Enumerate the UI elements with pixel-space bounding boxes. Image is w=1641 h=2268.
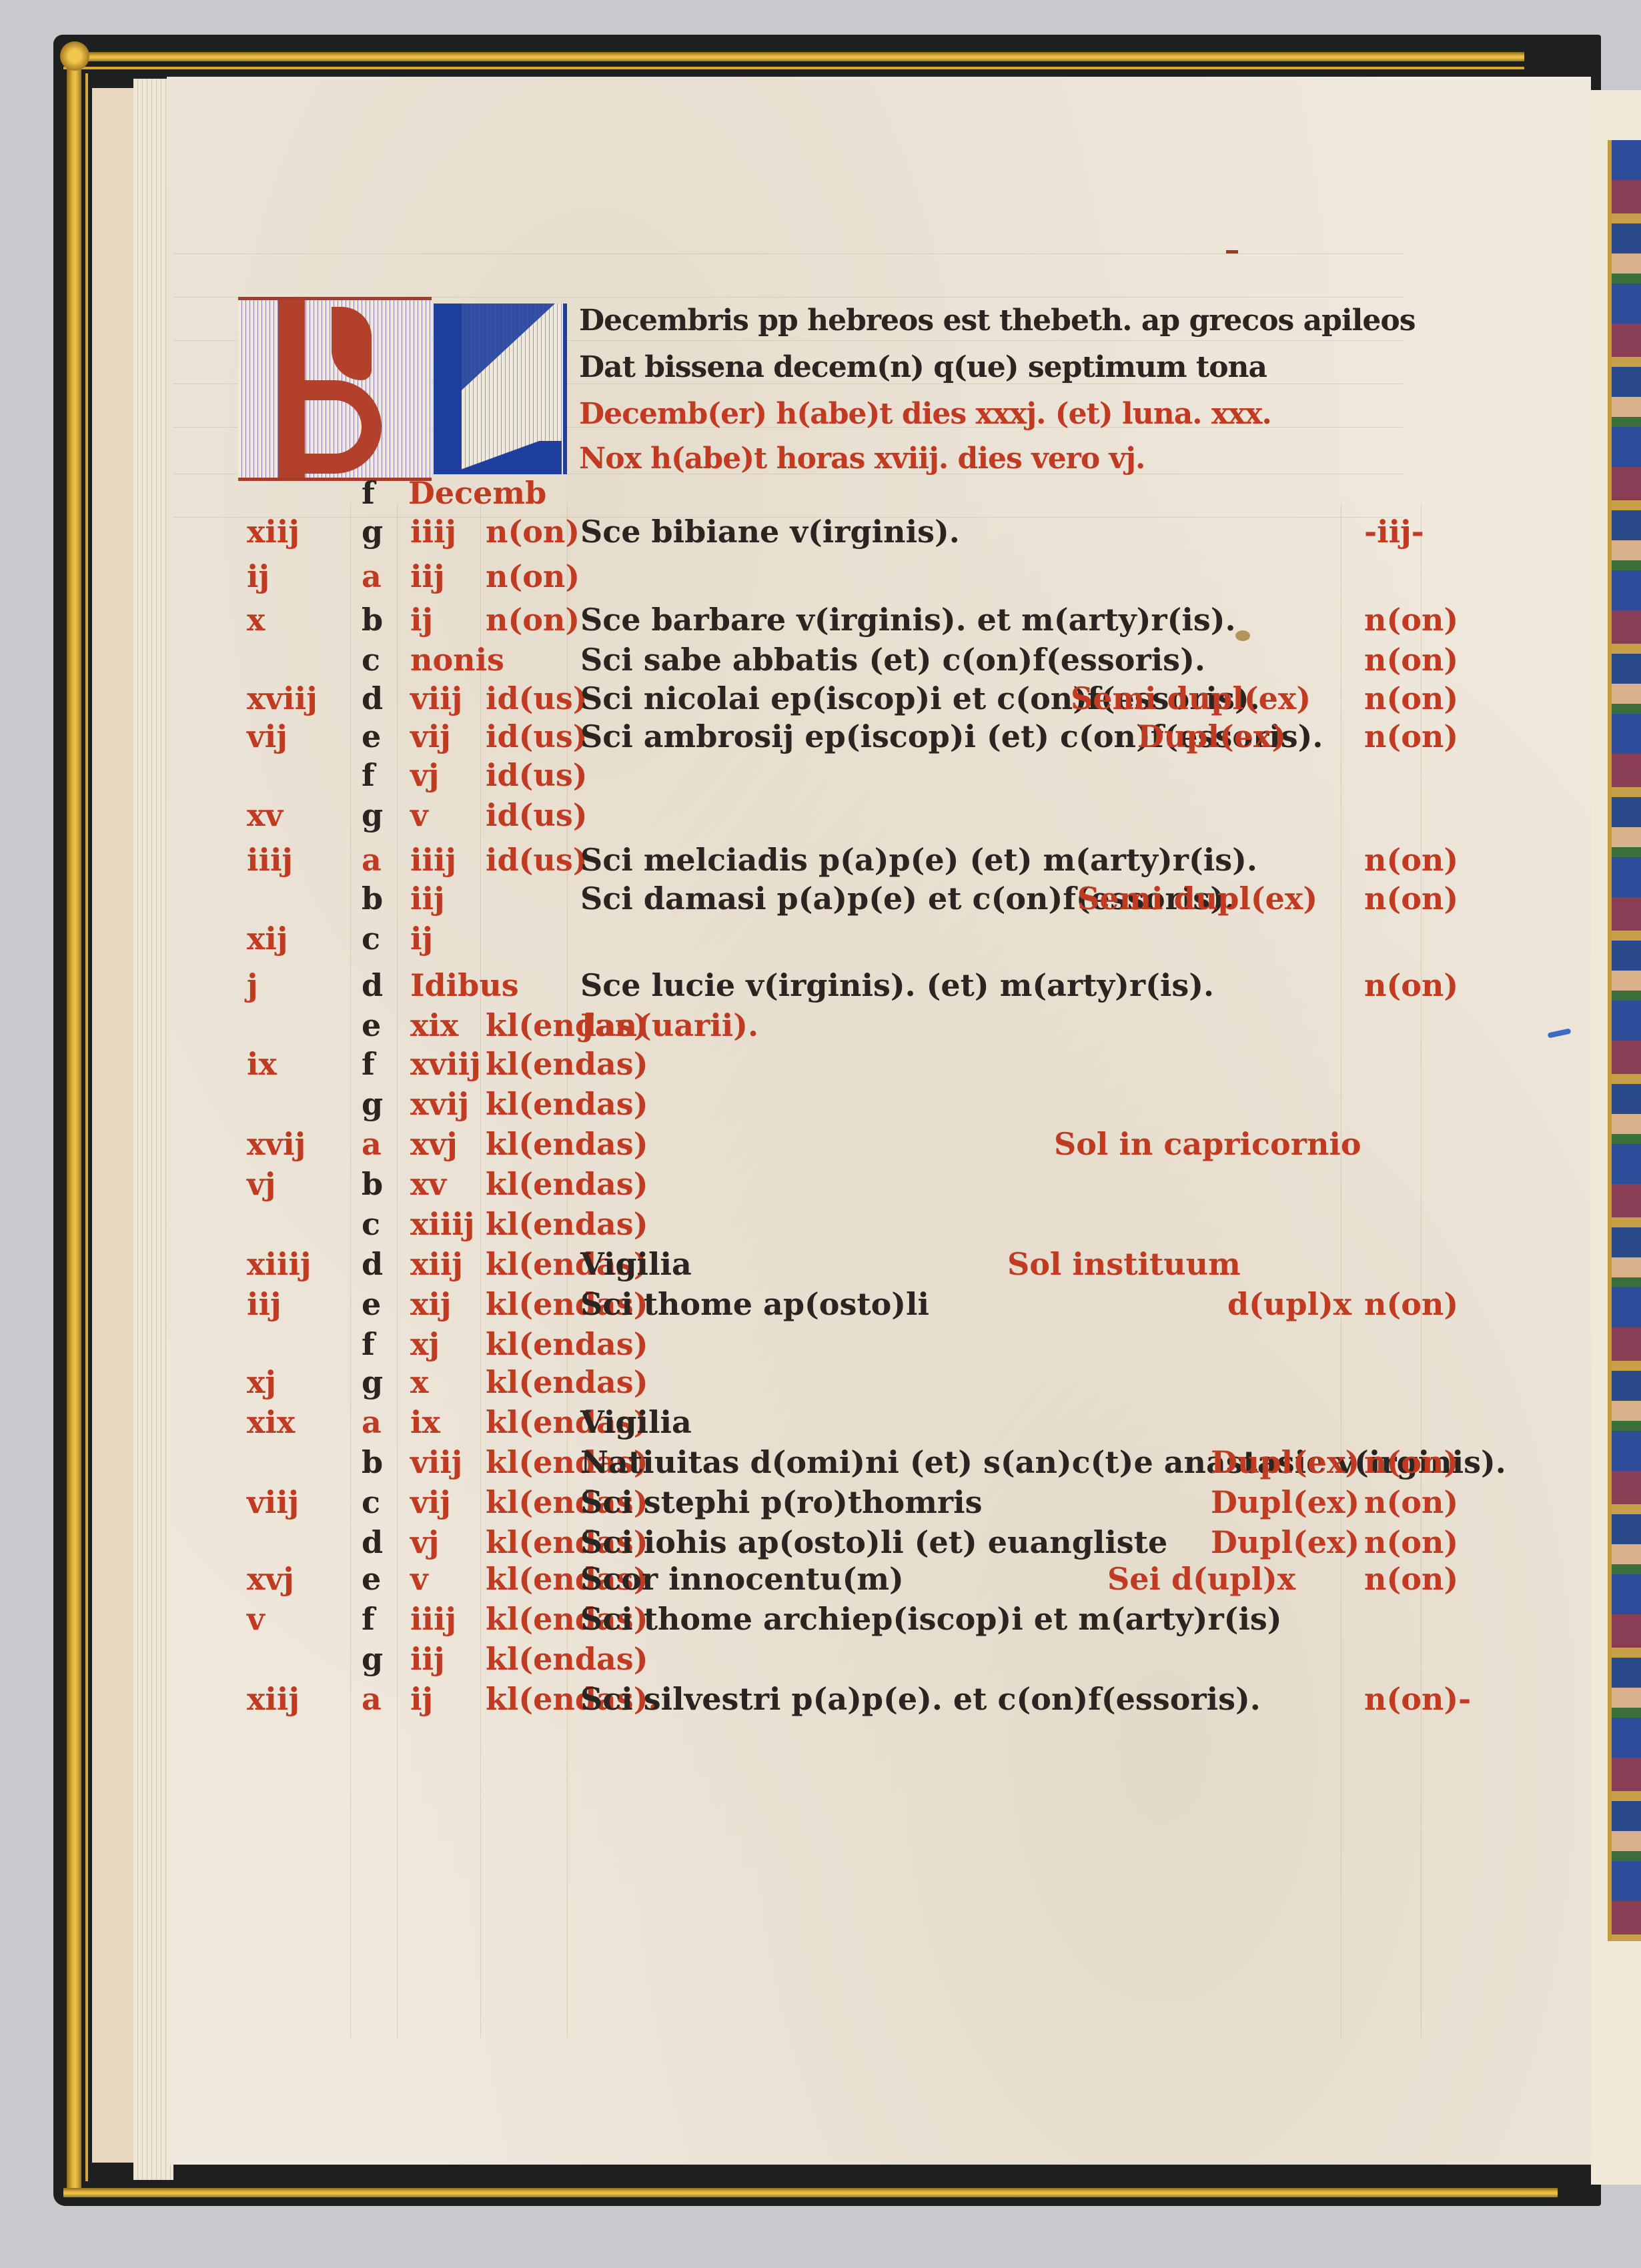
feast-rank: Sol in capricornio <box>1054 1126 1361 1162</box>
day-number: iiij <box>410 1601 456 1637</box>
roman-date: kl(endas) <box>486 1206 648 1242</box>
calendar-row: vfiiijkl(endas)Sci thome archiep(iscop)i… <box>167 1601 1591 1641</box>
lection-mark: n(on) <box>1364 1444 1458 1480</box>
dominical-letter: g <box>362 1641 383 1677</box>
dominical-letter: e <box>362 1286 381 1322</box>
calendar-row: xvjevkl(endas)Scor innocentu(m)n(on)Sei … <box>167 1561 1591 1601</box>
initial-letter-k <box>238 297 432 481</box>
day-number: ix <box>410 1404 440 1440</box>
dominical-letter: f <box>362 1046 375 1082</box>
golden-number: vj <box>247 1166 276 1202</box>
calendar-row: xvijaxvjkl(endas)Sol in capricornio <box>167 1126 1591 1166</box>
lection-mark: n(on) <box>1364 718 1458 754</box>
dominical-letter: e <box>362 1007 381 1043</box>
day-number: xix <box>410 1007 458 1043</box>
golden-number: xiiij <box>247 1246 312 1282</box>
heading-line-2: Dat bissena decem(n) q(ue) septimum tona <box>579 350 1267 384</box>
feast-name: Jan(uarii). <box>580 1007 758 1043</box>
dominical-letter: e <box>362 718 381 754</box>
dominical-letter: g <box>362 1086 383 1122</box>
day-number: nonis <box>410 642 504 678</box>
golden-number: xix <box>247 1404 295 1440</box>
lection-mark: n(on)- <box>1364 1681 1471 1717</box>
roman-date: id(us) <box>486 797 588 833</box>
day-number: xv <box>410 1166 446 1202</box>
roman-date: kl(endas) <box>486 1641 648 1677</box>
golden-number: ix <box>247 1046 277 1082</box>
lection-mark: n(on) <box>1364 1561 1458 1597</box>
day-number: v <box>410 1561 428 1597</box>
calendar-row: dvjkl(endas)Sci iohis ap(osto)li (et) eu… <box>167 1524 1591 1564</box>
feast-rank: Dupl(ex) <box>1211 1444 1359 1480</box>
red-mark <box>1226 250 1238 253</box>
calendar-row: xiiijdxiijkl(endas)VigiliaSol instituum <box>167 1246 1591 1286</box>
day-number: viij <box>410 680 462 716</box>
day-number: viij <box>410 1444 462 1480</box>
day-number: xviij <box>410 1046 481 1082</box>
lection-mark: n(on) <box>1364 842 1458 878</box>
feast-rank: Semi dupl(ex) <box>1077 881 1317 917</box>
golden-number: xv <box>247 797 283 833</box>
calendar-row: xiijgiiijn(on)Sce bibiane v(irginis).-ii… <box>167 514 1591 554</box>
dominical-letter: f <box>362 1601 375 1637</box>
calendar-row: viijcvijkl(endas)Sci stephi p(ro)thomris… <box>167 1484 1591 1524</box>
calendar-row: vijevijid(us)Sci ambrosij ep(iscop)i (et… <box>167 718 1591 758</box>
day-number: xiiij <box>410 1206 475 1242</box>
feast-name: Vigilia <box>580 1246 692 1282</box>
day-number: ij <box>410 921 433 957</box>
calendar-row: giijkl(endas) <box>167 1641 1591 1681</box>
lection-mark: -iij- <box>1364 514 1424 550</box>
dominical-letter: b <box>362 1166 383 1202</box>
day-number: ij <box>410 602 433 638</box>
golden-number: xiij <box>247 1681 300 1717</box>
golden-number: x <box>247 602 265 638</box>
dominical-letter: b <box>362 881 383 917</box>
dominical-letter: c <box>362 1206 380 1242</box>
heading-line-3: Decemb(er) h(abe)t dies xxxj. (et) luna.… <box>579 397 1271 431</box>
gilt-fillet-left <box>67 53 81 2188</box>
lection-mark: n(on) <box>1364 642 1458 678</box>
day-number: vj <box>410 1524 439 1560</box>
feast-rank: Dupl(ex) <box>1137 718 1286 754</box>
dominical-letter: d <box>362 1246 383 1282</box>
initial-letter-l <box>434 304 567 474</box>
gilt-line-left <box>85 73 88 2181</box>
day-number: xvij <box>410 1086 469 1122</box>
roman-date: kl(endas) <box>486 1086 648 1122</box>
feast-name: Sci iohis ap(osto)li (et) euangliste <box>580 1524 1167 1560</box>
calendar-row: vjbxvkl(endas) <box>167 1166 1591 1206</box>
feast-rank: Sei d(upl)x <box>1107 1561 1295 1597</box>
feast-name: Sci sabe abbatis (et) c(on)f(essoris). <box>580 642 1205 678</box>
roman-date: kl(endas) <box>486 1364 648 1400</box>
gilt-fillet-bottom <box>63 2188 1558 2197</box>
golden-number: xj <box>247 1364 276 1400</box>
heading-line-4: Nox h(abe)t horas xviij. dies vero vj. <box>579 442 1145 476</box>
calendar-row: ijaiijn(on) <box>167 558 1591 598</box>
feast-name: Sci stephi p(ro)thomris <box>580 1484 983 1520</box>
golden-number: iiij <box>247 842 293 878</box>
calendar-row: xjgxkl(endas) <box>167 1364 1591 1404</box>
dominical-letter: c <box>362 921 380 957</box>
feast-rank: Sol instituum <box>1007 1246 1241 1282</box>
gilt-line-top <box>63 67 1524 69</box>
golden-number: xij <box>247 921 288 957</box>
golden-number: xiij <box>247 514 300 550</box>
month-label: Decemb <box>408 475 546 511</box>
lection-mark: n(on) <box>1364 602 1458 638</box>
day-number: iiij <box>410 842 456 878</box>
calendar-row: iijexijkl(endas)Sci thome ap(osto)lin(on… <box>167 1286 1591 1326</box>
golden-number: v <box>247 1601 265 1637</box>
dominical-letter: f <box>362 757 375 793</box>
roman-date: n(on) <box>486 558 580 594</box>
calendar-row: fvjid(us) <box>167 757 1591 797</box>
roman-date: kl(endas) <box>486 1166 648 1202</box>
dominical-letter: a <box>362 1681 382 1717</box>
day-number: ij <box>410 1681 433 1717</box>
calendar-row: gxvijkl(endas) <box>167 1086 1591 1126</box>
feast-name: Sce barbare v(irginis). et m(arty)r(is). <box>580 602 1236 638</box>
feast-name: Sci melciadis p(a)p(e) (et) m(arty)r(is)… <box>580 842 1257 878</box>
illuminated-border <box>1608 140 1641 1941</box>
day-number: vij <box>410 1484 451 1520</box>
calendar-row: ixfxviijkl(endas) <box>167 1046 1591 1086</box>
day-number: Idibus <box>410 967 519 1003</box>
day-number: iij <box>410 558 445 594</box>
golden-number: ij <box>247 558 269 594</box>
roman-date: n(on) <box>486 602 580 638</box>
dominical-letter: a <box>362 558 382 594</box>
golden-number: xvij <box>247 1126 306 1162</box>
dominical-letter: a <box>362 1126 382 1162</box>
calendar-row: cxiiijkl(endas) <box>167 1206 1591 1246</box>
roman-date: kl(endas) <box>486 1326 648 1362</box>
golden-number: j <box>247 967 258 1003</box>
feast-name: Sci thome ap(osto)li <box>580 1286 929 1322</box>
feast-name: Vigilia <box>580 1404 692 1440</box>
day-number: iiij <box>410 514 456 550</box>
feast-name: Sce bibiane v(irginis). <box>580 514 960 550</box>
dominical-letter: d <box>362 680 383 716</box>
roman-date: id(us) <box>486 718 588 754</box>
day-number: xij <box>410 1286 452 1322</box>
feast-name: Sci thome archiep(iscop)i et m(arty)r(is… <box>580 1601 1282 1637</box>
day-number: xvj <box>410 1126 458 1162</box>
day-number: v <box>410 797 428 833</box>
dominical-letter: a <box>362 842 382 878</box>
lection-mark: n(on) <box>1364 1524 1458 1560</box>
dominical-letter: b <box>362 1444 383 1480</box>
dominical-letter: g <box>362 1364 383 1400</box>
calendar-row: fxjkl(endas) <box>167 1326 1591 1366</box>
calendar-row: bviijkl(endas)Natiuitas d(omi)ni (et) s(… <box>167 1444 1591 1484</box>
day-number: vj <box>410 757 439 793</box>
lection-mark: n(on) <box>1364 680 1458 716</box>
corner-rosette-ornament <box>60 41 89 71</box>
lection-mark: n(on) <box>1364 881 1458 917</box>
day-number: xiij <box>410 1246 463 1282</box>
dominical-letter: g <box>362 797 383 833</box>
roman-date: n(on) <box>486 514 580 550</box>
feast-name: Sci silvestri p(a)p(e). et c(on)f(essori… <box>580 1681 1261 1717</box>
feast-rank: Semi dupl(ex) <box>1071 680 1311 716</box>
dominical-letter: f <box>362 1326 375 1362</box>
feast-rank: d(upl)x <box>1227 1286 1351 1322</box>
golden-number: iij <box>247 1286 282 1322</box>
roman-date: kl(endas) <box>486 1046 648 1082</box>
heading-line-1: Decembris pp hebreos est thebeth. ap gre… <box>579 304 1415 338</box>
dominical-letter: c <box>362 642 380 678</box>
gilt-fillet-top <box>63 52 1524 61</box>
roman-date: id(us) <box>486 757 588 793</box>
golden-number: viij <box>247 1484 299 1520</box>
golden-number: xviij <box>247 680 318 716</box>
roman-date: id(us) <box>486 842 588 878</box>
dominical-letter: a <box>362 1404 382 1440</box>
calendar-row: xixaixkl(endas)Vigilia <box>167 1404 1591 1444</box>
dominical-letter: g <box>362 514 383 550</box>
day-number: x <box>410 1364 428 1400</box>
dominical-letter: b <box>362 602 383 638</box>
day-number: iij <box>410 1641 445 1677</box>
lection-mark: n(on) <box>1364 1484 1458 1520</box>
calendar-row: xiijaijkl(endas).Sci silvestri p(a)p(e).… <box>167 1681 1591 1721</box>
lection-mark: n(on) <box>1364 1286 1458 1322</box>
calendar-row: xbijn(on)Sce barbare v(irginis). et m(ar… <box>167 602 1591 642</box>
dominical-letter: f <box>362 475 375 511</box>
feast-name: Sce lucie v(irginis). (et) m(arty)r(is). <box>580 967 1214 1003</box>
dominical-letter: d <box>362 967 383 1003</box>
roman-date: kl(endas) <box>486 1126 648 1162</box>
calendar-row: xvgvid(us) <box>167 797 1591 837</box>
dominical-letter: e <box>362 1561 381 1597</box>
lection-mark: n(on) <box>1364 967 1458 1003</box>
day-number: iij <box>410 881 445 917</box>
feast-rank: Dupl(ex) <box>1211 1484 1359 1520</box>
dominical-letter: c <box>362 1484 380 1520</box>
golden-number: vij <box>247 718 288 754</box>
day-number: xj <box>410 1326 440 1362</box>
feast-rank: Dupl(ex) <box>1211 1524 1359 1560</box>
calendar-row: biijSci damasi p(a)p(e) et c(on)f(essori… <box>167 881 1591 921</box>
feast-name: Scor innocentu(m) <box>580 1561 904 1597</box>
day-number: vij <box>410 718 451 754</box>
roman-date: id(us) <box>486 680 588 716</box>
calendar-row: jdIdibusSce lucie v(irginis). (et) m(art… <box>167 967 1591 1007</box>
golden-number: xvj <box>247 1561 294 1597</box>
calendar-row: xviijdviijid(us)Sci nicolai ep(iscop)i e… <box>167 680 1591 720</box>
calendar-row: iiijaiiijid(us)Sci melciadis p(a)p(e) (e… <box>167 842 1591 882</box>
calendar-row: cnonisSci sabe abbatis (et) c(on)f(essor… <box>167 642 1591 682</box>
calendar-row: xijcij <box>167 921 1591 961</box>
dominical-letter: d <box>362 1524 383 1560</box>
calendar-row: exixkl(endas)Jan(uarii). <box>167 1007 1591 1047</box>
